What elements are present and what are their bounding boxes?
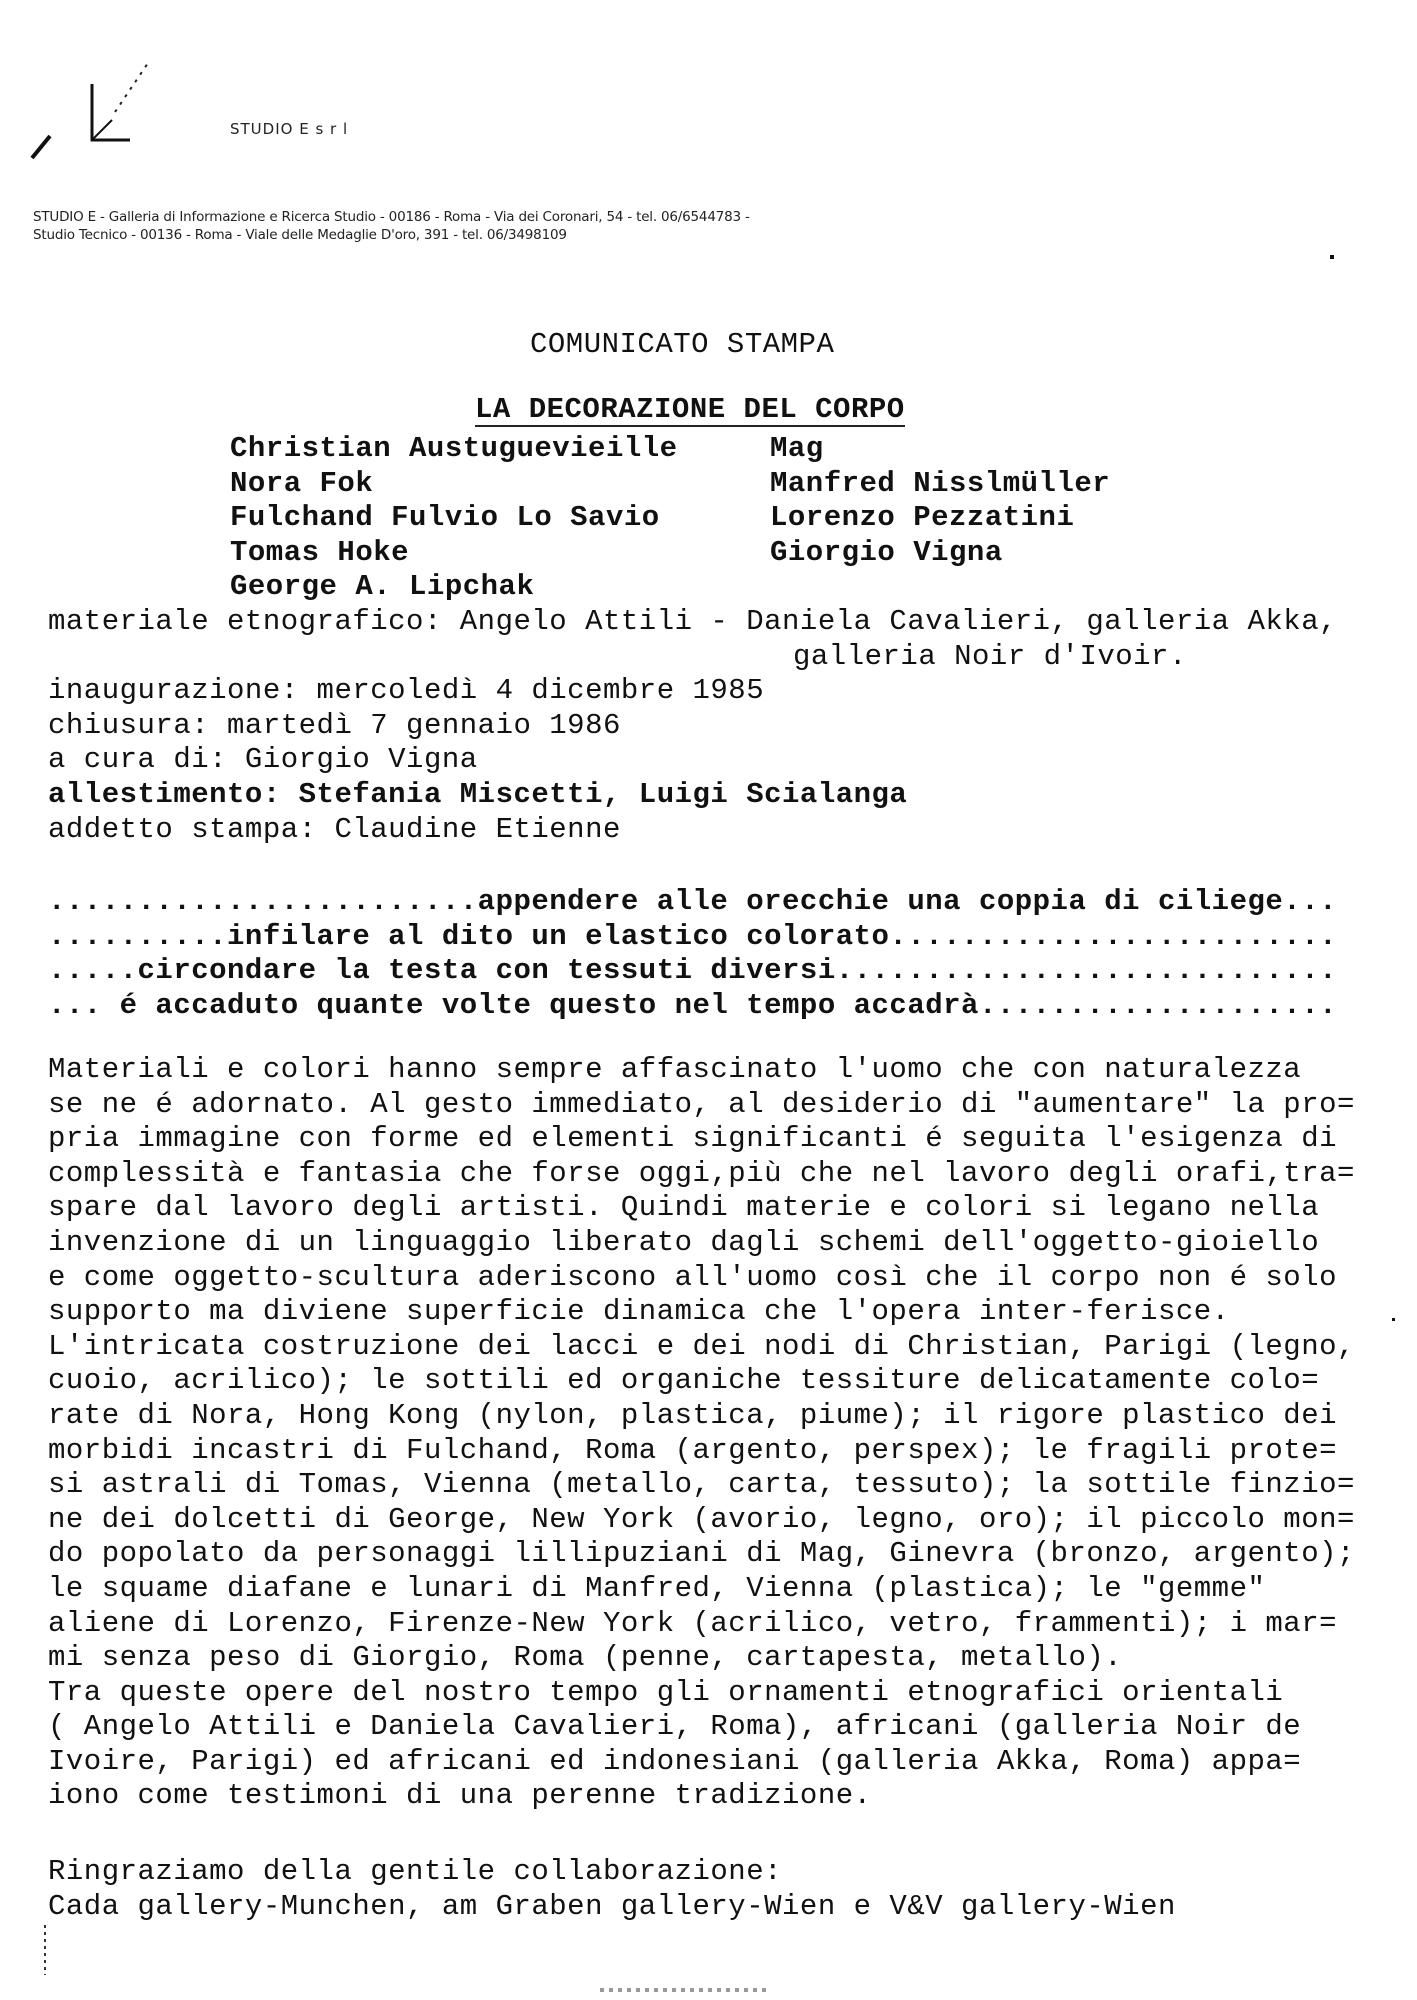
body-line: complessità e fantasia che forse oggi,pi…: [48, 1157, 1355, 1192]
acknowledgements: Ringraziamo della gentile collaborazione…: [48, 1855, 1176, 1924]
body-line: si astrali di Tomas, Vienna (metallo, ca…: [48, 1468, 1355, 1503]
opening-date: inaugurazione: mercoledì 4 dicembre 1985: [48, 674, 1337, 709]
artist-name: Manfred Nisslmüller: [770, 467, 1110, 502]
body-line: e come oggetto-scultura aderiscono all'u…: [48, 1261, 1355, 1296]
poem-line: .....circondare la testa con tessuti div…: [48, 954, 1337, 989]
poem-line: ... é accaduto quante volte questo nel t…: [48, 989, 1337, 1024]
artist-name: Giorgio Vigna: [770, 536, 1110, 571]
body-line: iono come testimoni di una perenne tradi…: [48, 1779, 1355, 1814]
body-line: ( Angelo Attili e Daniela Cavalieri, Rom…: [48, 1710, 1355, 1745]
exhibition-title: LA DECORAZIONE DEL CORPO: [475, 395, 905, 427]
letterhead-address-line: Studio Tecnico - 00136 - Roma - Viale de…: [33, 227, 567, 243]
body-line: ne dei dolcetti di George, New York (avo…: [48, 1503, 1355, 1538]
scan-footer-mark: [600, 1988, 770, 1992]
acknowledgements-galleries: Cada gallery-Munchen, am Graben gallery-…: [48, 1890, 1176, 1925]
letterhead-name: STUDIO E s r l: [230, 120, 348, 138]
body-line: L'intricata costruzione dei lacci e dei …: [48, 1330, 1355, 1365]
letterhead-address-line: STUDIO E - Galleria di Informazione e Ri…: [33, 209, 750, 225]
body-line: morbidi incastri di Fulchand, Roma (arge…: [48, 1434, 1355, 1469]
poem-line: ..........infilare al dito un elastico c…: [48, 920, 1337, 955]
body-line: pria immagine con forme ed elementi sign…: [48, 1122, 1355, 1157]
body-line: aliene di Lorenzo, Firenze-New York (acr…: [48, 1607, 1355, 1642]
scan-speck: [1392, 1318, 1395, 1321]
artist-name: Lorenzo Pezzatini: [770, 501, 1110, 536]
studio-e-arrow-logo-icon: [20, 40, 170, 160]
ethnographic-material-line: galleria Noir d'Ivoir.: [48, 640, 1337, 675]
artists-list-right: Mag Manfred Nisslmüller Lorenzo Pezzatin…: [770, 432, 1110, 570]
artist-name: Fulchand Fulvio Lo Savio: [230, 501, 678, 536]
artist-name: Nora Fok: [230, 467, 678, 502]
press-officer: addetto stampa: Claudine Etienne: [48, 813, 1337, 848]
acknowledgements-heading: Ringraziamo della gentile collaborazione…: [48, 1855, 1176, 1890]
body-line: mi senza peso di Giorgio, Roma (penne, c…: [48, 1641, 1355, 1676]
body-line: Materiali e colori hanno sempre affascin…: [48, 1053, 1355, 1088]
artist-name: George A. Lipchak: [230, 570, 678, 605]
body-line: spare dal lavoro degli artisti. Quindi m…: [48, 1191, 1355, 1226]
curator: a cura di: Giorgio Vigna: [48, 743, 1337, 778]
document-type: COMUNICATO STAMPA: [530, 328, 834, 363]
artist-name: Christian Austuguevieille: [230, 432, 678, 467]
body-line: invenzione di un linguaggio liberato dag…: [48, 1226, 1355, 1261]
body-paragraph: Materiali e colori hanno sempre affascin…: [48, 1053, 1355, 1814]
closing-date: chiusura: martedì 7 gennaio 1986: [48, 709, 1337, 744]
body-line: rate di Nora, Hong Kong (nylon, plastica…: [48, 1399, 1355, 1434]
body-line: Ivoire, Parigi) ed africani ed indonesia…: [48, 1745, 1355, 1780]
body-line: le squame diafane e lunari di Manfred, V…: [48, 1572, 1355, 1607]
body-line: cuoio, acrilico); le sottili ed organich…: [48, 1364, 1355, 1399]
body-line: supporto ma diviene superficie dinamica …: [48, 1295, 1355, 1330]
body-line: Tra queste opere del nostro tempo gli or…: [48, 1676, 1355, 1711]
poem-block: ........................appendere alle o…: [48, 885, 1337, 1023]
artists-list-left: Christian Austuguevieille Nora Fok Fulch…: [230, 432, 678, 605]
artist-name: Tomas Hoke: [230, 536, 678, 571]
exhibition-info: materiale etnografico: Angelo Attili - D…: [48, 605, 1337, 847]
body-line: se ne é adornato. Al gesto immediato, al…: [48, 1088, 1355, 1123]
ethnographic-material-line: materiale etnografico: Angelo Attili - D…: [48, 605, 1337, 640]
scan-speck: [1330, 255, 1334, 259]
poem-line: ........................appendere alle o…: [48, 885, 1337, 920]
artist-name: Mag: [770, 432, 1110, 467]
scan-margin-mark: [44, 1925, 46, 1975]
set-up: allestimento: Stefania Miscetti, Luigi S…: [48, 778, 1337, 813]
body-line: do popolato da personaggi lillipuziani d…: [48, 1537, 1355, 1572]
